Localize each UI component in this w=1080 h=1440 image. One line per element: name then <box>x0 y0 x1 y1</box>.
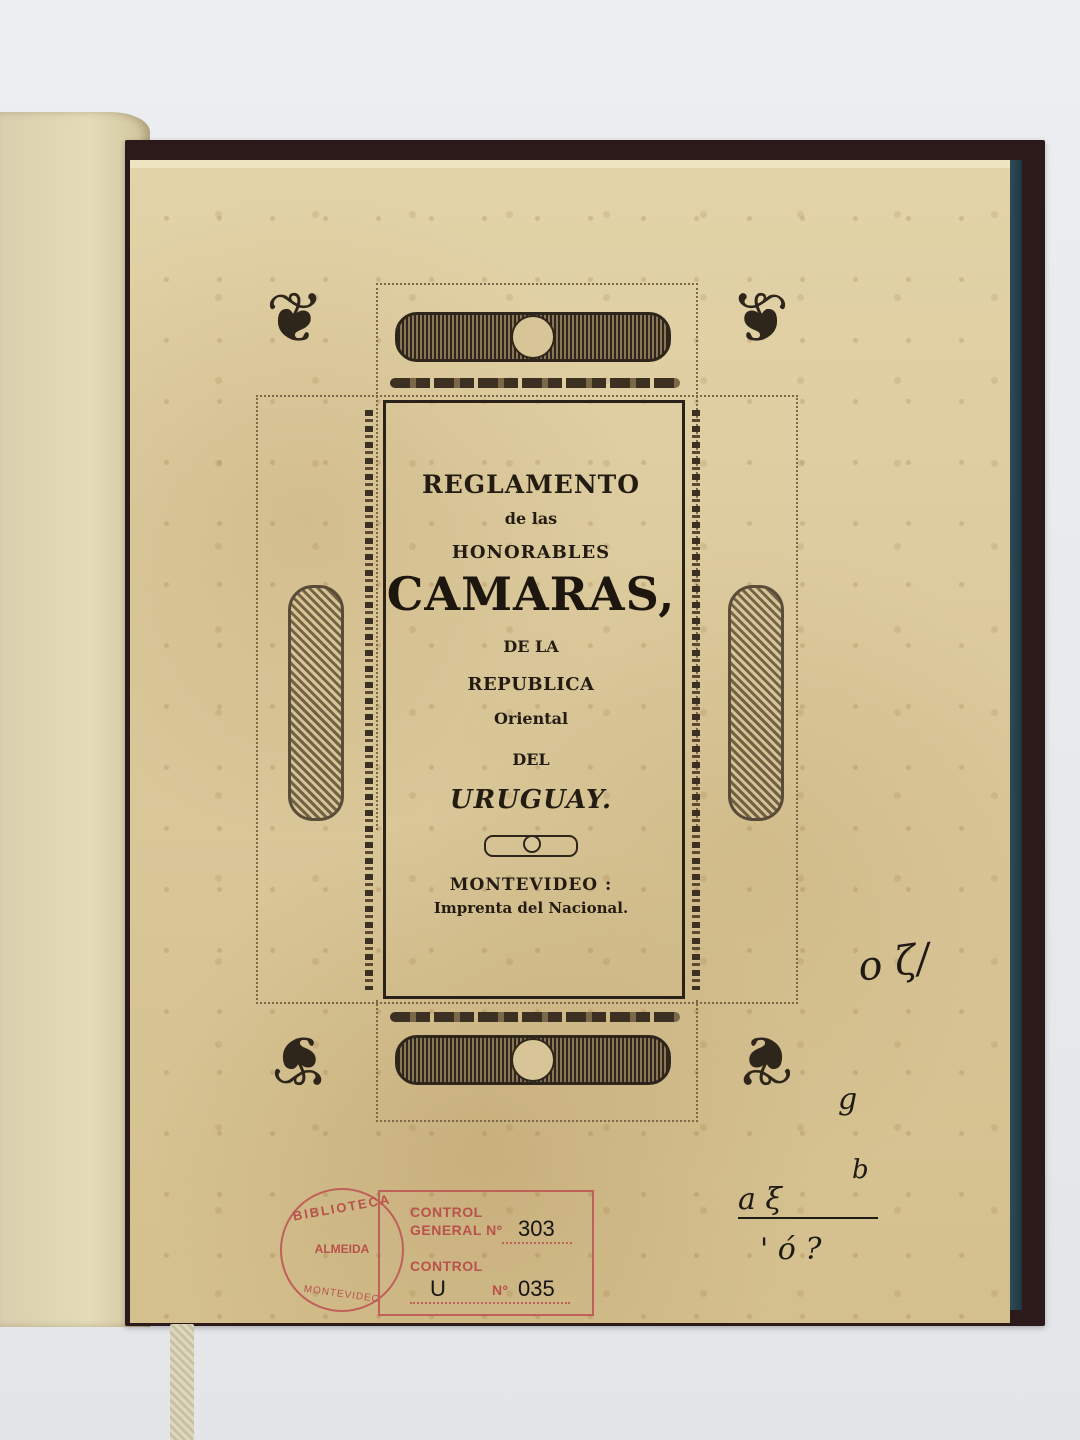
floral-corner-icon: ❦ <box>710 268 810 368</box>
floral-corner-icon: ❦ <box>250 1010 350 1110</box>
title-line-de-las: de las <box>383 509 679 528</box>
title-line-oriental: Oriental <box>383 709 679 728</box>
handwritten-note: b <box>852 1155 869 1185</box>
stamp-dotted-line <box>502 1242 572 1244</box>
stamp-dotted-line <box>410 1302 570 1304</box>
floral-corner-icon: ❦ <box>715 1010 815 1110</box>
handwritten-note: g <box>838 1082 857 1117</box>
stamp-control-label-2: CONTROL <box>410 1258 483 1274</box>
small-divider-ornament <box>484 835 578 857</box>
title-line-republica: REPUBLICA <box>383 674 679 695</box>
title-line-del: DEL <box>383 750 679 769</box>
title-line-camaras: CAMARAS, <box>383 569 679 619</box>
bottom-fan-ornament <box>395 1035 671 1085</box>
bottom-chain-band <box>390 1012 680 1022</box>
title-block: REGLAMENTO de las HONORABLES CAMARAS, DE… <box>383 470 679 917</box>
control-prefix-mark: U <box>430 1276 446 1302</box>
control-number: 035 <box>518 1276 555 1302</box>
title-line-reglamento: REGLAMENTO <box>383 470 679 499</box>
stamp-general-label: GENERAL Nº <box>410 1222 502 1238</box>
top-fan-ornament <box>395 312 671 362</box>
right-scroll-ornament <box>728 585 784 821</box>
handwritten-note: a ξ <box>738 1182 878 1219</box>
ribbon-bookmark <box>170 1324 194 1440</box>
title-line-de-la: DE LA <box>383 637 679 656</box>
left-scroll-ornament <box>288 585 344 821</box>
control-general-number: 303 <box>518 1216 555 1242</box>
top-chain-band <box>390 378 680 388</box>
right-chain-border <box>692 410 700 990</box>
stamp-control-label: CONTROL <box>410 1204 483 1220</box>
imprint-printer: Imprenta del Nacional. <box>383 899 679 917</box>
floral-corner-icon: ❦ <box>245 268 345 368</box>
control-stamp-box: CONTROL GENERAL Nº 303 CONTROL U Nº 035 <box>378 1190 594 1316</box>
title-line-honorables: HONORABLES <box>383 542 679 563</box>
imprint-city: MONTEVIDEO : <box>383 875 679 895</box>
handwritten-note: ' ó ? <box>760 1232 821 1267</box>
stamp-no-label: Nº <box>492 1282 508 1298</box>
title-line-uruguay: URUGUAY. <box>383 785 679 815</box>
left-chain-border <box>365 410 373 990</box>
